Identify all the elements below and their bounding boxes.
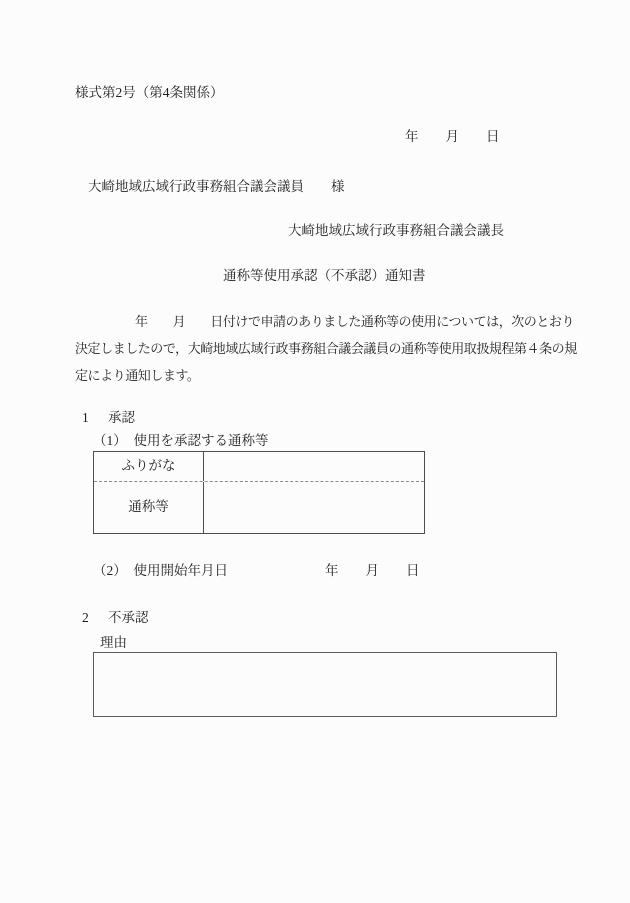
table-row-tsusho: 通称等 — [94, 481, 424, 533]
document-page: 様式第2号（第4条関係） 年 月 日 大崎地域広域行政事務組合議会議員 様 大崎… — [0, 0, 630, 903]
addressee-line: 大崎地域広域行政事務組合議会議員 様 — [88, 179, 345, 195]
document-title: 通称等使用承認（不承認）通知書 — [223, 268, 426, 284]
furigana-value-cell — [204, 452, 424, 481]
body-paragraph-line-1: 年 月 日付けで申請のありました通称等の使用については，次のとおり — [135, 314, 574, 330]
section2-number: 2 — [82, 610, 108, 626]
section1-item2-label: （2） 使用開始年月日 — [93, 563, 228, 579]
body-paragraph-line-2: 決定しましたので，大崎地域広域行政事務組合議会議員の通称等使用取扱規程第４条の規 — [75, 341, 577, 357]
section1-item2-date: 年 月 日 — [325, 563, 420, 579]
form-number: 様式第2号（第4条関係） — [75, 85, 224, 101]
section1-heading: 1 承認 — [82, 410, 135, 426]
reason-label: 理由 — [100, 635, 127, 651]
tsusho-value-cell — [204, 482, 424, 533]
furigana-label-cell: ふりがな — [94, 452, 204, 481]
table-row-furigana: ふりがな — [94, 452, 424, 481]
reason-box — [93, 652, 557, 717]
section1-number: 1 — [82, 410, 108, 426]
body-paragraph-line-3: 定により通知します。 — [75, 368, 199, 384]
section2-heading: 2 不承認 — [82, 610, 149, 626]
section1-title: 承認 — [108, 410, 135, 426]
section1-item1-label: （1） 使用を承認する通称等 — [93, 433, 269, 449]
date-line: 年 月 日 — [405, 129, 500, 145]
alias-table: ふりがな 通称等 — [93, 451, 425, 534]
tsusho-label-cell: 通称等 — [94, 482, 204, 533]
sender-line: 大崎地域広域行政事務組合議会議長 — [288, 223, 504, 239]
section2-title: 不承認 — [108, 610, 149, 626]
